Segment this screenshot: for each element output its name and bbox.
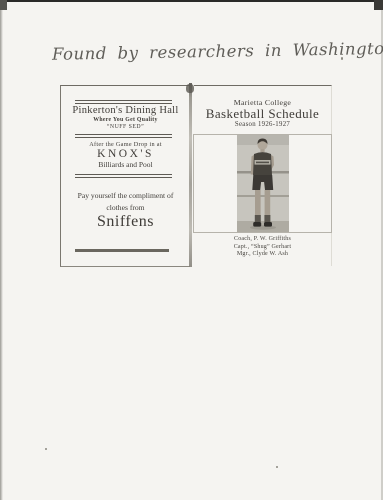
player-photo-illustration xyxy=(237,135,289,232)
ad-pinkertons-tagline: Where You Get Quality xyxy=(61,117,190,123)
schedule-cover-panel: Marietta College Basketball Schedule Sea… xyxy=(194,85,332,266)
scan-speck xyxy=(45,448,47,450)
divider xyxy=(75,249,169,252)
ad-pinkertons-title: Pinkerton's Dining Hall xyxy=(61,105,190,116)
scan-edge-left xyxy=(0,0,3,500)
divider xyxy=(75,174,172,178)
ad-sniffens-name: Sniffens xyxy=(61,213,190,231)
player-photo xyxy=(194,135,331,232)
caption-captain: Capt., “Shug” Gerhart xyxy=(194,244,331,252)
scan-speck xyxy=(276,466,278,468)
schedule-title: Basketball Schedule xyxy=(194,106,331,122)
photo-caption: Coach, P. W. Griffiths Capt., “Shug” Ger… xyxy=(194,236,331,259)
handwritten-note: Found by researchers in Washington Co. xyxy=(52,39,372,64)
scan-corner-mark-top-left xyxy=(0,0,7,10)
season-label: Season 1926-1927 xyxy=(194,121,331,128)
fold-crease-mark xyxy=(186,84,194,93)
fold-crease xyxy=(189,83,192,267)
ad-knoxs-name: KNOX'S xyxy=(61,148,190,160)
ad-pinkertons-slogan: “NUFF SED” xyxy=(61,124,190,130)
divider xyxy=(75,134,172,138)
scan-edge-top xyxy=(0,0,383,2)
caption-coach: Coach, P. W. Griffiths xyxy=(194,236,331,244)
scanned-document-page: Found by researchers in Washington Co. P… xyxy=(0,0,383,500)
advertisement-panel: Pinkerton's Dining Hall Where You Get Qu… xyxy=(60,85,190,267)
caption-manager: Mgr., Clyde W. Ash xyxy=(194,251,331,259)
ad-sniffens-line1: Pay yourself the compliment of xyxy=(61,191,190,200)
divider xyxy=(75,100,172,104)
ad-sniffens-line2: clothes from xyxy=(61,203,190,212)
ad-knoxs-subtitle: Billiards and Pool xyxy=(61,160,190,169)
scan-corner-mark-top-right xyxy=(374,0,383,10)
